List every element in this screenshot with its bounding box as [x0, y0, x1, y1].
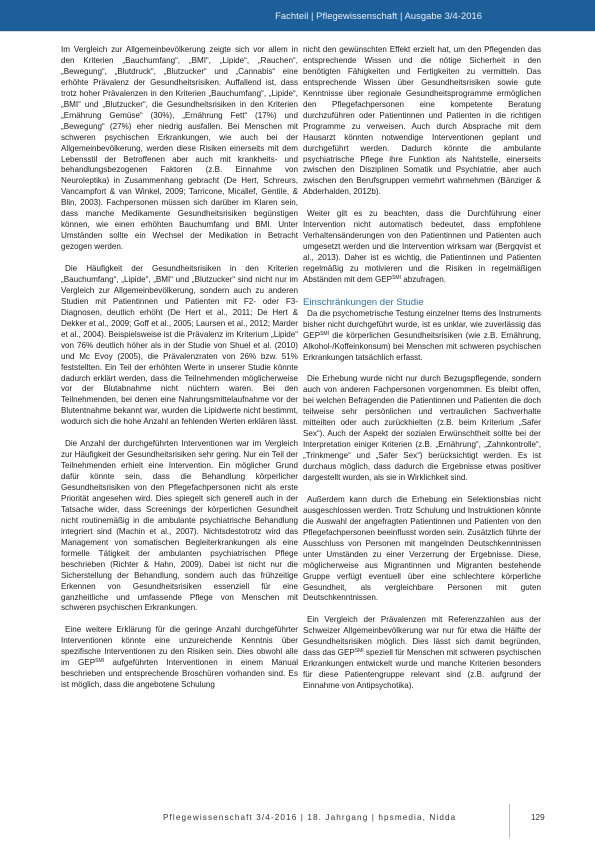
gep-superscript: SMI [355, 648, 364, 654]
paragraph: Die Erhebung wurde nicht nur durch Bezug… [303, 374, 541, 484]
footer-divider [509, 804, 510, 838]
header-divider [0, 31, 595, 32]
page-number: 129 [531, 813, 545, 822]
right-column: nicht den gewünschten Effekt erzielt hat… [303, 45, 541, 703]
paragraph: Außerdem kann durch die Erhebung ein Sel… [303, 495, 541, 605]
section-heading: Einschränkungen der Studie [303, 297, 541, 309]
left-column: Im Vergleich zur Allgemeinbevölkerung ze… [61, 45, 298, 702]
gep-superscript: SMI [95, 658, 104, 664]
paragraph: Weiter gilt es zu beachten, dass die Dur… [303, 209, 541, 286]
header-bar: Fachteil | Pflegewissenschaft | Ausgabe … [0, 0, 595, 31]
running-head: Fachteil | Pflegewissenschaft | Ausgabe … [275, 10, 482, 21]
footer-publication: Pflegewissenschaft 3/4-2016 | 18. Jahrga… [163, 813, 456, 822]
paragraph: Im Vergleich zur Allgemeinbevölkerung ze… [61, 45, 298, 253]
gep-superscript: SMI [392, 275, 401, 281]
paragraph: Die Häufigkeit der Gesundheitsrisiken in… [61, 264, 298, 428]
paragraph: Eine weitere Erklärung für die geringe A… [61, 625, 298, 691]
paragraph: nicht den gewünschten Effekt erzielt hat… [303, 45, 541, 198]
paragraph: Die Anzahl der durchgeführten Interventi… [61, 439, 298, 614]
paragraph: Da die psychometrische Testung einzelner… [303, 309, 541, 364]
paragraph: Ein Vergleich der Prävalenzen mit Refere… [303, 615, 541, 692]
gep-superscript: SMI [320, 331, 329, 337]
